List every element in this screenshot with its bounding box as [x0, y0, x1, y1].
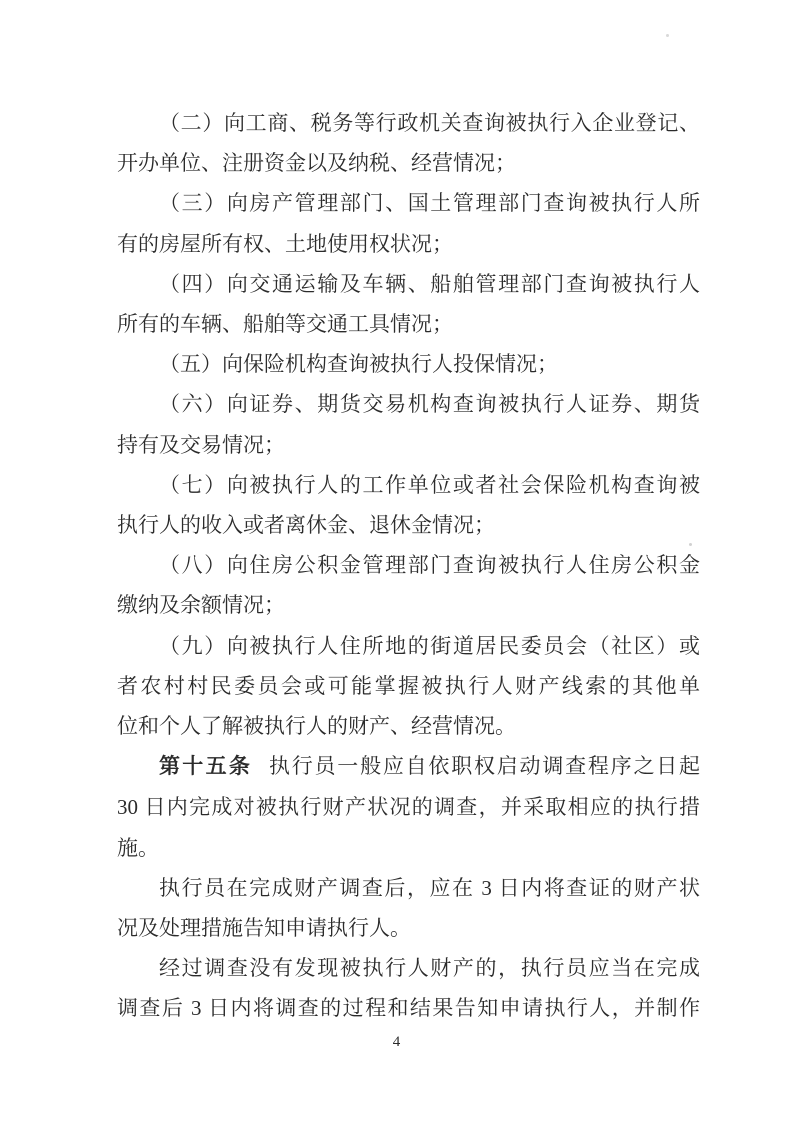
text-line: 所有的车辆、船舶等交通工具情况；: [117, 304, 700, 344]
document-page: （二）向工商、税务等行政机关查询被执行入企业登记、 开办单位、注册资金以及纳税、…: [0, 0, 793, 1122]
scan-artifact: [689, 543, 692, 546]
paragraph-article-15: 第十五条执行员一般应自依职权启动调查程序之日起 30 日内完成对被执行财产状况的…: [117, 746, 700, 868]
article-number: 第十五条: [159, 755, 252, 778]
paragraph: 经过调查没有发现被执行人财产的，执行员应当在完成 调查后 3 日内将调查的过程和…: [117, 948, 700, 1028]
paragraph: （二）向工商、税务等行政机关查询被执行入企业登记、 开办单位、注册资金以及纳税、…: [117, 103, 700, 183]
text-line: 开办单位、注册资金以及纳税、经营情况；: [117, 143, 700, 183]
paragraph: （七）向被执行人的工作单位或者社会保险机构查询被 执行人的收入或者离休金、退休金…: [117, 465, 700, 545]
scan-artifact: [666, 34, 669, 37]
text-line: 者农村村民委员会或可能掌握被执行人财产线索的其他单: [117, 666, 700, 706]
text-line: （二）向工商、税务等行政机关查询被执行入企业登记、: [117, 103, 700, 143]
paragraph: （五）向保险机构查询被执行人投保情况；: [117, 344, 700, 384]
text-line: 执行员在完成财产调查后，应在 3 日内将查证的财产状: [117, 868, 700, 908]
text-line: （六）向证券、期货交易机构查询被执行人证券、期货: [117, 384, 700, 424]
text-line: 调查后 3 日内将调查的过程和结果告知申请执行人，并制作: [117, 988, 700, 1028]
text-line: （八）向住房公积金管理部门查询被执行人住房公积金: [117, 545, 700, 585]
text-line: 有的房屋所有权、土地使用权状况；: [117, 224, 700, 264]
text-line: 况及处理措施告知申请执行人。: [117, 908, 700, 948]
text-line: 施。: [117, 828, 700, 868]
text-line: 30 日内完成对被执行财产状况的调查，并采取相应的执行措: [117, 787, 700, 827]
page-number: 4: [0, 1032, 793, 1052]
text-line: （三）向房产管理部门、国土管理部门查询被执行人所: [117, 183, 700, 223]
paragraph: （四）向交通运输及车辆、船舶管理部门查询被执行人 所有的车辆、船舶等交通工具情况…: [117, 264, 700, 344]
text-line: 执行人的收入或者离休金、退休金情况；: [117, 505, 700, 545]
paragraph: （九）向被执行人住所地的街道居民委员会（社区）或 者农村村民委员会或可能掌握被执…: [117, 626, 700, 747]
text-line: 经过调查没有发现被执行人财产的，执行员应当在完成: [117, 948, 700, 988]
text-line: （五）向保险机构查询被执行人投保情况；: [117, 344, 700, 384]
text-line: （四）向交通运输及车辆、船舶管理部门查询被执行人: [117, 264, 700, 304]
document-body: （二）向工商、税务等行政机关查询被执行入企业登记、 开办单位、注册资金以及纳税、…: [117, 103, 700, 1029]
paragraph: （六）向证券、期货交易机构查询被执行人证券、期货 持有及交易情况；: [117, 384, 700, 464]
text-line: （七）向被执行人的工作单位或者社会保险机构查询被: [117, 465, 700, 505]
text-line: 缴纳及余额情况；: [117, 585, 700, 625]
paragraph: （三）向房产管理部门、国土管理部门查询被执行人所 有的房屋所有权、土地使用权状况…: [117, 183, 700, 263]
paragraph: （八）向住房公积金管理部门查询被执行人住房公积金 缴纳及余额情况；: [117, 545, 700, 625]
article-lead-text: 执行员一般应自依职权启动调查程序之日起: [269, 754, 700, 778]
text-line: 持有及交易情况；: [117, 425, 700, 465]
text-line: 第十五条执行员一般应自依职权启动调查程序之日起: [117, 746, 700, 787]
paragraph: 执行员在完成财产调查后，应在 3 日内将查证的财产状 况及处理措施告知申请执行人…: [117, 868, 700, 948]
text-line: 位和个人了解被执行人的财产、经营情况。: [117, 706, 700, 746]
text-line: （九）向被执行人住所地的街道居民委员会（社区）或: [117, 626, 700, 666]
